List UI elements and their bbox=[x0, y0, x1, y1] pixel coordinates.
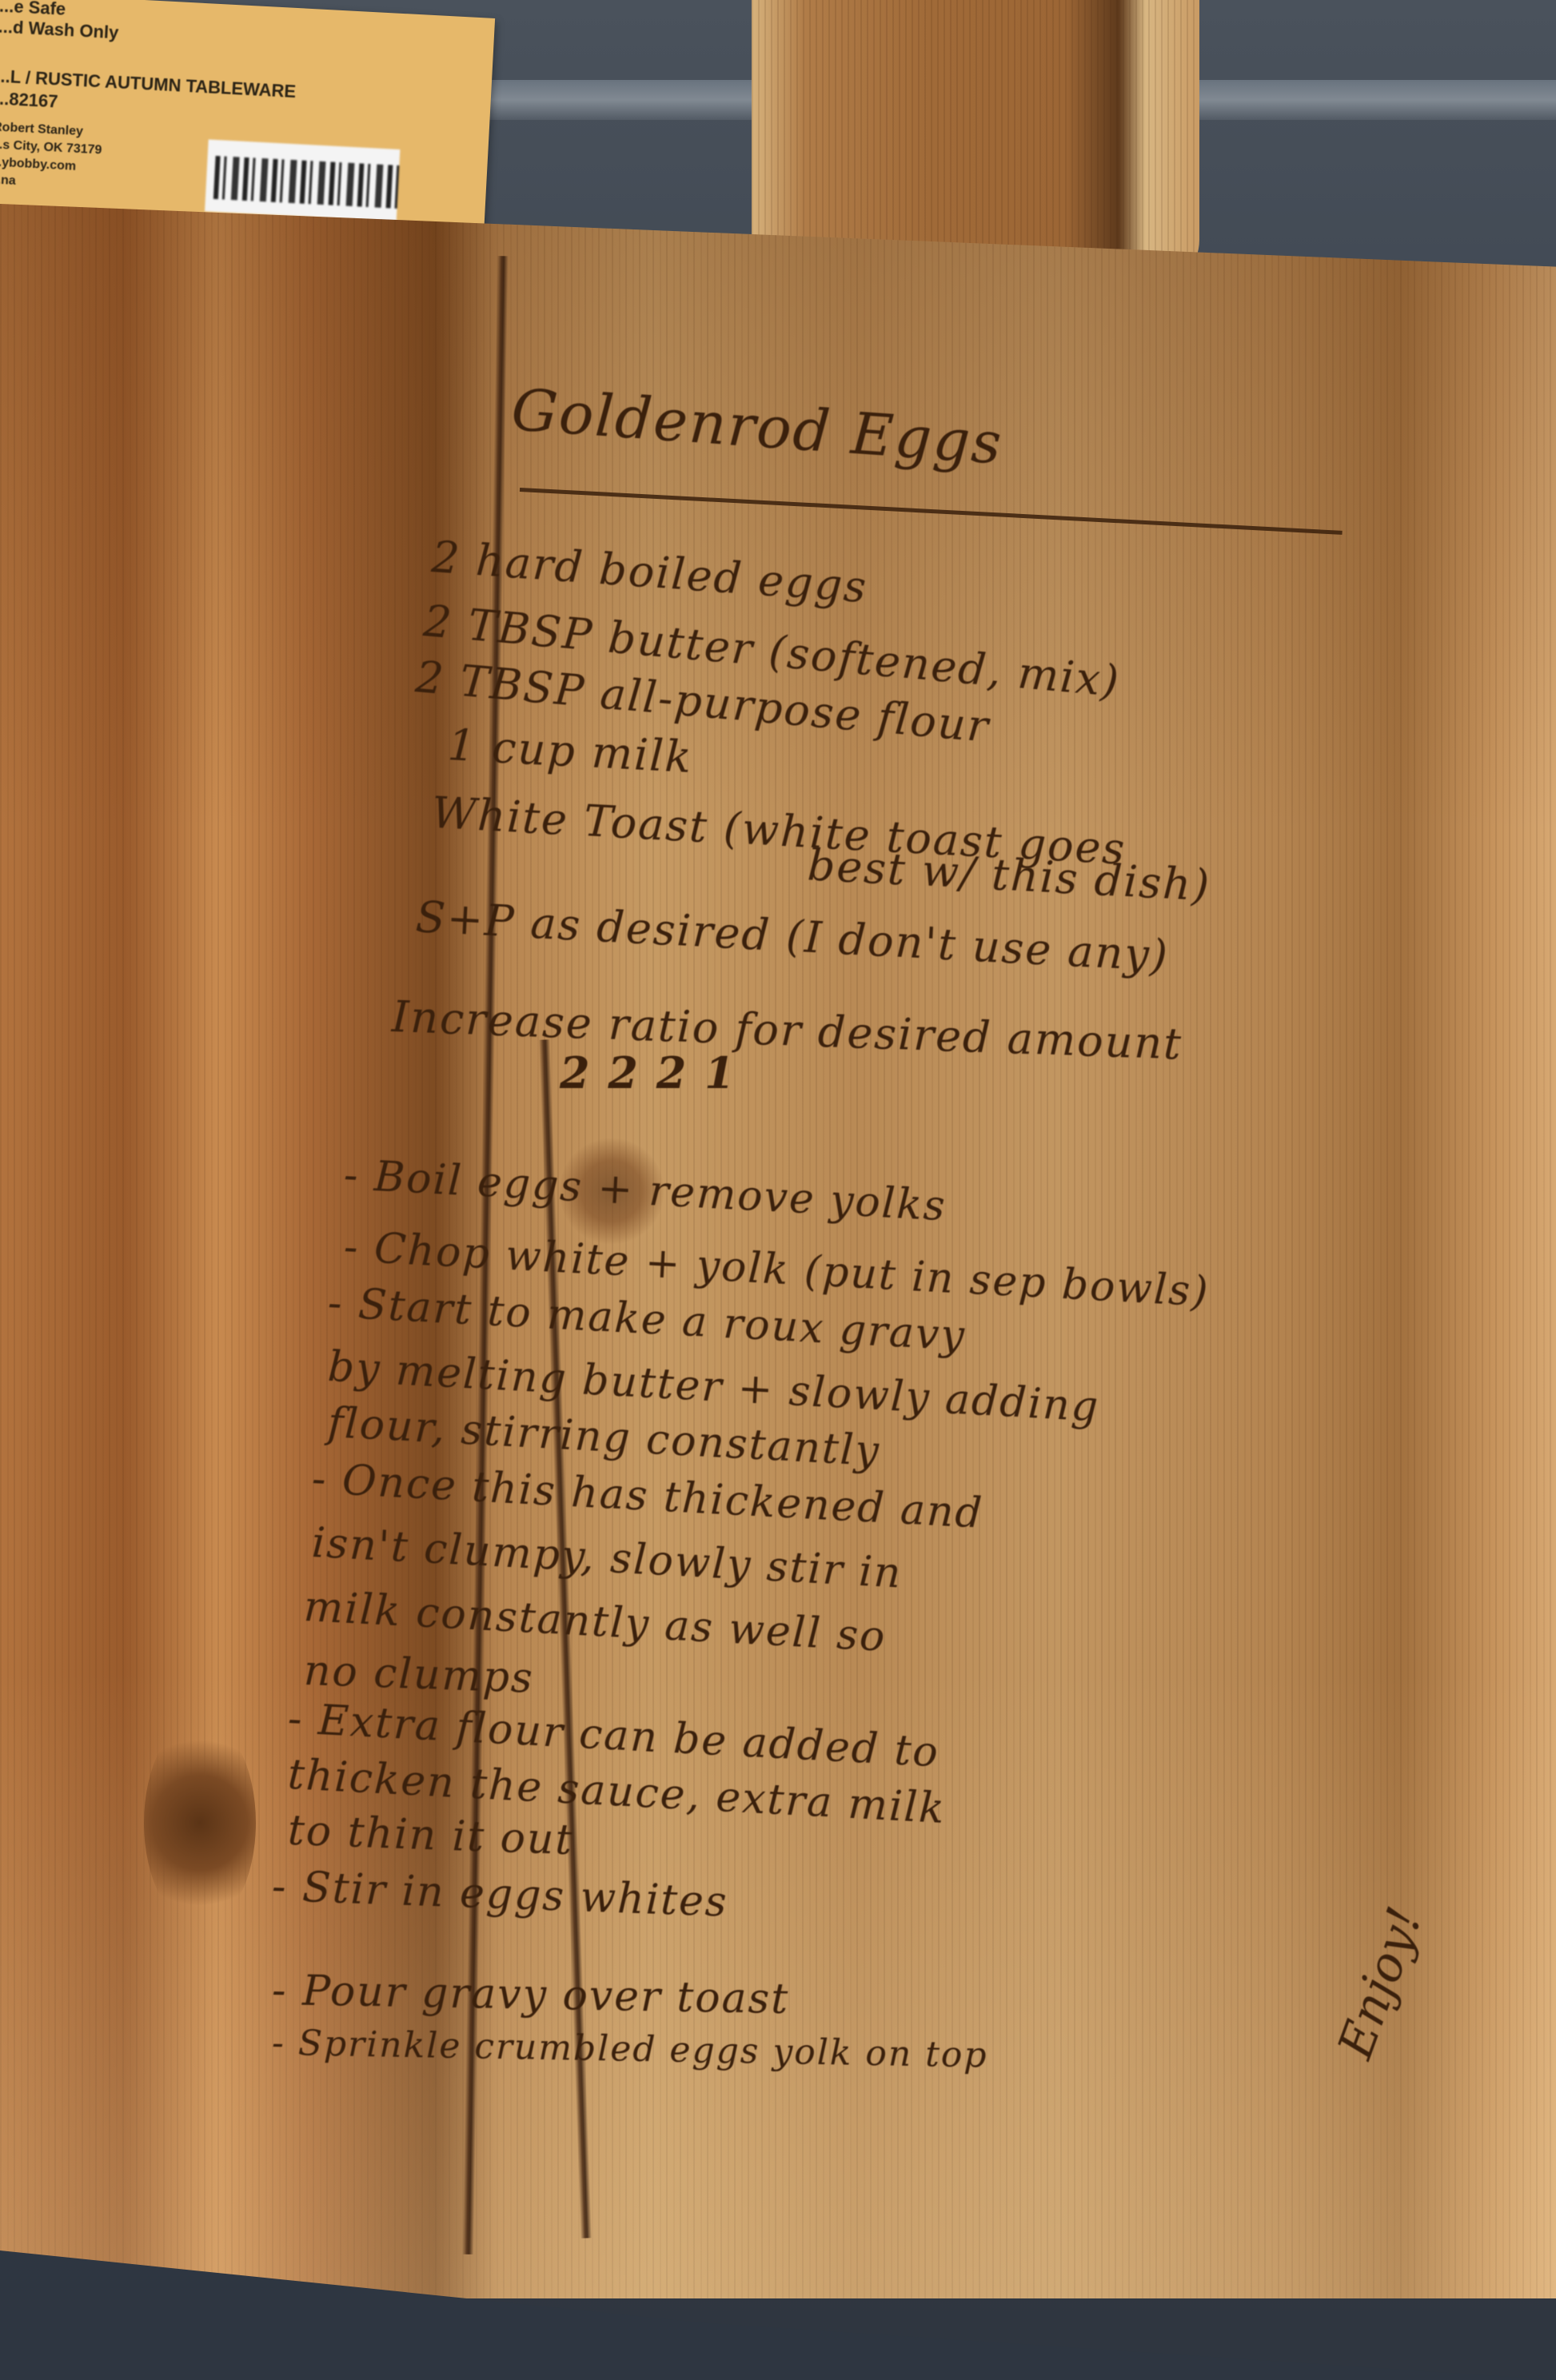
recipe-step: to thin it out bbox=[287, 1807, 574, 1864]
ingredient-ratio: 2 2 2 1 bbox=[560, 1047, 736, 1098]
ingredient-item: best w/ this dish) bbox=[806, 839, 1211, 911]
recipe-step: - Boil eggs + remove yolks bbox=[342, 1151, 948, 1230]
ingredient-item: 2 hard boiled eggs bbox=[430, 532, 869, 612]
recipe-signoff: Enjoy! bbox=[1327, 1900, 1434, 2066]
handwritten-recipe: Goldenrod Eggs 2 hard boiled eggs 2 TBSP… bbox=[0, 0, 1556, 2380]
title-underline bbox=[520, 488, 1343, 535]
ingredient-item: S+P as desired (I don't use any) bbox=[414, 891, 1170, 981]
recipe-step: isn't clumpy, slowly stir in bbox=[310, 1519, 903, 1598]
ingredient-note: Increase ratio for desired amount bbox=[391, 991, 1183, 1069]
recipe-step: - Pour gravy over toast bbox=[271, 1967, 789, 2023]
recipe-title: Goldenrod Eggs bbox=[509, 376, 1005, 477]
ingredient-item: 1 cup milk bbox=[446, 720, 694, 783]
recipe-step: no clumps bbox=[303, 1647, 535, 1703]
recipe-step: - Stir in eggs whites bbox=[271, 1863, 729, 1927]
recipe-step: - Sprinkle crumbled eggs yolk on top bbox=[272, 2023, 988, 2076]
